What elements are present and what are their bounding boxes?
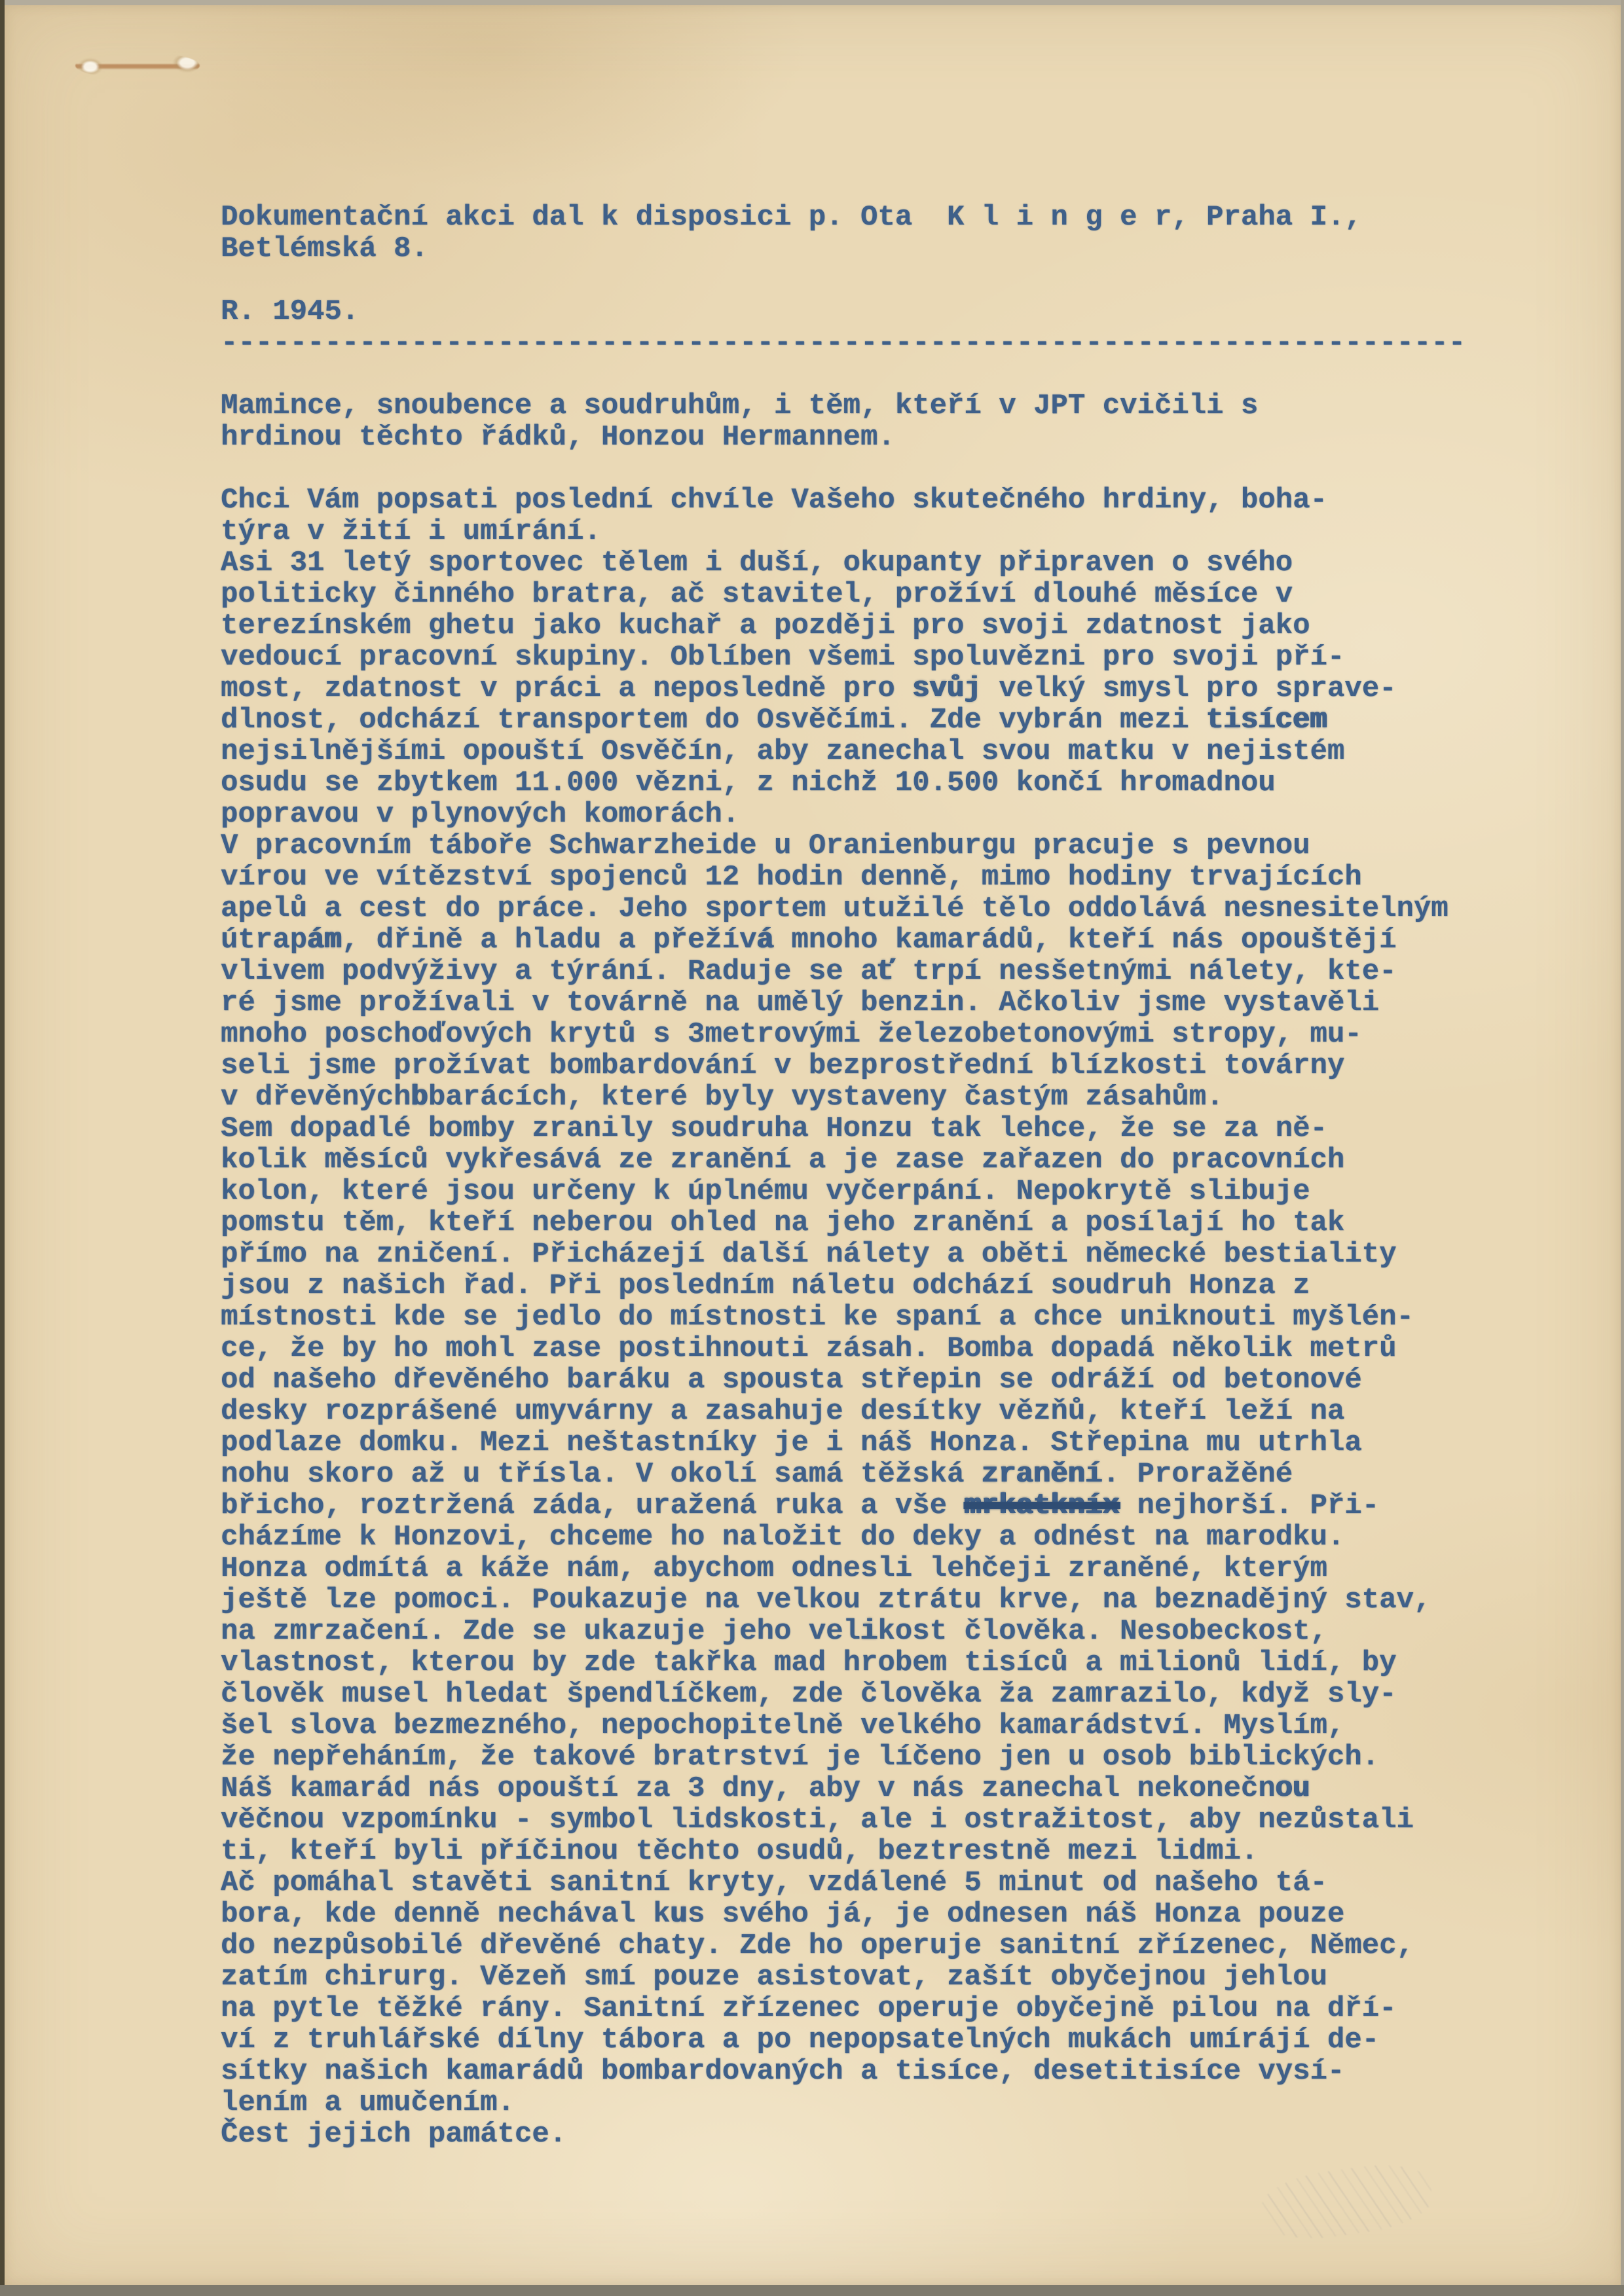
text-line: ré jsme prožívali v továrně na umělý ben…: [221, 987, 1524, 1019]
staple-rust-mark: [75, 52, 200, 79]
overtyped-word: ám: [307, 924, 342, 957]
overtyped-word: ou: [1276, 1772, 1310, 1805]
text-line: týra v žití i umírání.: [221, 516, 1524, 547]
text-line: ----------------------------------------…: [221, 327, 1524, 359]
text-line: Náš kamarád nás opouští za 3 dny, aby v …: [221, 1773, 1524, 1804]
scan-edge-right: [1621, 0, 1624, 2296]
text-line: kolon, které jsou určeny k úplnému vyčer…: [221, 1176, 1524, 1207]
overtyped-word: ť: [877, 955, 895, 988]
text-line: jsou z našich řad. Při posledním náletu …: [221, 1270, 1524, 1302]
typewritten-text: Dokumentační akci dal k disposici p. Ota…: [221, 202, 1524, 2150]
text-line: cházíme k Honzovi, chceme ho naložit do …: [221, 1522, 1524, 1553]
text-line: Asi 31 letý sportovec tělem i duší, okup…: [221, 547, 1524, 579]
text-line: vedoucí pracovní skupiny. Oblíben všemi …: [221, 642, 1524, 673]
text-line: ce, že by ho mohl zase postihnouti zásah…: [221, 1333, 1524, 1364]
scan-edge-left: [0, 0, 5, 2296]
text-line: popravou v plynových komorách.: [221, 799, 1524, 830]
text-line: od našeho dřevěného baráku a spousta stř…: [221, 1364, 1524, 1396]
text-line: dlnost, odchází transportem do Osvěčími.…: [221, 704, 1524, 736]
text-line: lením a umučením.: [221, 2087, 1524, 2119]
text-line: most, zdatnost v práci a neposledně pro …: [221, 673, 1524, 704]
overtyped-word: i: [860, 1615, 877, 1648]
text-line: [221, 359, 1524, 390]
text-line: Čest jejich památce.: [221, 2119, 1524, 2150]
text-line: sítky našich kamarádů bombardovaných a t…: [221, 2056, 1524, 2087]
text-line: Dokumentační akci dal k disposici p. Ota…: [221, 202, 1524, 233]
text-line: hrdinou těchto řádků, Honzou Hermannem.: [221, 422, 1524, 453]
text-line: Chci Vám popsati poslední chvíle Vašeho …: [221, 484, 1524, 516]
text-line: podlaze domku. Mezi neštastníky je i náš…: [221, 1427, 1524, 1459]
text-line: vlivem podvýživy a týrání. Raduje se ať …: [221, 956, 1524, 987]
text-line: mnoho poschoďových krytů s 3metrovými že…: [221, 1019, 1524, 1050]
text-line: nejsilnějšími opouští Osvěčín, aby zanec…: [221, 736, 1524, 767]
text-line: Honza odmítá a káže nám, abychom odnesli…: [221, 1553, 1524, 1584]
text-line: V pracovním táboře Schwarzheide u Oranie…: [221, 830, 1524, 862]
text-line: vlastnost, kterou by zde takřka mad hrob…: [221, 1647, 1524, 1679]
scan-edge-top: [0, 0, 1624, 5]
overtyped-word: zranění: [982, 1458, 1103, 1491]
overtyped-word: b: [411, 1081, 428, 1114]
struck-out-word: mrkatkníx: [964, 1489, 1120, 1522]
text-line: pomstu těm, kteří neberou ohled na jeho …: [221, 1207, 1524, 1239]
text-line: vírou ve vítězství spojenců 12 hodin den…: [221, 862, 1524, 893]
text-line: osudu se zbytkem 11.000 vězni, z nichž 1…: [221, 767, 1524, 799]
text-line: ti, kteří byli příčinou těchto osudů, be…: [221, 1836, 1524, 1867]
text-line: zatím chirurg. Vězeň smí pouze asistovat…: [221, 1961, 1524, 1993]
text-line: na pytle těžké rány. Sanitní zřízenec op…: [221, 1993, 1524, 2024]
text-line: šel slova bezmezného, nepochopitelně vel…: [221, 1710, 1524, 1741]
text-line: kolik měsíců vykřesává ze zranění a je z…: [221, 1144, 1524, 1176]
text-line: člověk musel hledat špendlíčkem, zde člo…: [221, 1679, 1524, 1710]
text-line: R. 1945.: [221, 296, 1524, 327]
scan-edge-bottom: [0, 2285, 1624, 2296]
text-line: seli jsme prožívat bombardování v bezpro…: [221, 1050, 1524, 1082]
text-line: Ač pomáhal stavěti sanitní kryty, vzdále…: [221, 1867, 1524, 1899]
text-line: přímo na zničení. Přicházejí další nálet…: [221, 1239, 1524, 1270]
text-line: [221, 453, 1524, 484]
text-line: že nepřeháním, že takové bratrství je lí…: [221, 1741, 1524, 1773]
text-line: místnosti kde se jedlo do místnosti ke s…: [221, 1302, 1524, 1333]
text-line: do nezpůsobilé dřevěné chaty. Zde ho ope…: [221, 1930, 1524, 1961]
text-line: Mamince, snoubence a soudruhům, i těm, k…: [221, 390, 1524, 422]
text-line: útrapám, dřině a hladu a přežívá mnoho k…: [221, 924, 1524, 956]
document-page: Dokumentační akci dal k disposici p. Ota…: [5, 5, 1621, 2285]
overtyped-word: á: [757, 924, 774, 957]
text-line: politicky činného bratra, ač stavitel, p…: [221, 579, 1524, 610]
overtyped-word: tisícem: [1206, 704, 1327, 737]
pencil-mark: [1258, 2157, 1435, 2246]
text-line: ví z truhlářské dílny tábora a po nepops…: [221, 2024, 1524, 2056]
text-line: ještě lze pomoci. Poukazuje na velkou zt…: [221, 1584, 1524, 1616]
text-line: desky rozprášené umyvárny a zasahuje des…: [221, 1396, 1524, 1427]
text-line: věčnou vzpomínku - symbol lidskosti, ale…: [221, 1804, 1524, 1836]
overtyped-word: svůj: [912, 672, 982, 705]
text-line: Betlémská 8.: [221, 233, 1524, 264]
text-line: [221, 264, 1524, 296]
text-line: břicho, roztržená záda, uražená ruka a v…: [221, 1490, 1524, 1522]
text-line: Sem dopadlé bomby zranily soudruha Honzu…: [221, 1113, 1524, 1144]
text-line: apelů a cest do práce. Jeho sportem utuž…: [221, 893, 1524, 924]
text-line: nohu skoro až u třísla. V okolí samá těž…: [221, 1459, 1524, 1490]
text-line: na zmrzačení. Zde se ukazuje jeho veliko…: [221, 1616, 1524, 1647]
text-line: bora, kde denně nechával kus svého já, j…: [221, 1899, 1524, 1930]
text-line: terezínském ghetu jako kuchař a později …: [221, 610, 1524, 642]
text-line: v dřevěnýchbbarácích, které byly vystave…: [221, 1082, 1524, 1113]
overtyped-word: u: [671, 1898, 688, 1931]
